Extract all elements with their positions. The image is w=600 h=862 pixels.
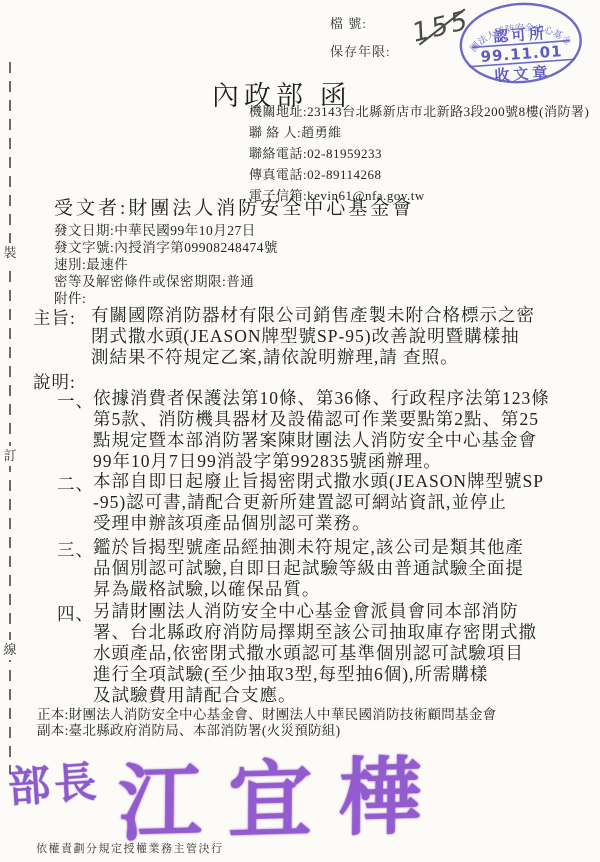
explanation-line: 另請財團法人消防安全中心基金會派員會同本部消防 (93, 601, 585, 622)
recipient-line: 受文者:財團法人消防安全中心基金會 (54, 193, 414, 220)
explanation-item-text: 鑑於旨揭型號產品經抽測未符規定,該公司是類其他產 品個別認可試驗,自即日起試驗等… (93, 537, 585, 600)
delegation-footnote: 依權責劃分規定授權業務主管決行 (36, 840, 224, 856)
explanation-item-text: 依據消費者保護法第10條、第36條、行政程序法第123條 第5款、消防機具器材及… (93, 388, 585, 472)
minister-title-stamp: 部長 (6, 749, 102, 815)
explanation-item-number: 二、 (57, 471, 94, 496)
margin-mark-staple: 訂 (2, 446, 18, 466)
agency-address-line: 機關地址:23143台北縣新店市北新路3段200號8樓(消防署) (249, 101, 589, 122)
explanation-line: 鑑於旨揭型號產品經抽測未符規定,該公司是類其他產 (93, 537, 585, 558)
scanned-official-letter: 裝 訂 線 檔 號: 保存年限: 155 財團法人消防安全中心基金會 認可所 9… (0, 0, 600, 862)
document-meta-block: 發文日期:中華民國99年10月27日 發文字號:內授消字第09908248474… (54, 222, 278, 307)
explanation-item-text: 本部自即日起廢止旨揭密閉式撒水頭(JEASON牌型號SP -95)認可書,請配合… (93, 471, 585, 534)
explanation-item-number: 三、 (57, 537, 94, 562)
speed-class-line: 速別:最速件 (54, 256, 278, 273)
explanation-line: 署、台北縣政府消防局擇期至該公司抽取庫存密閉式撒 (93, 622, 585, 643)
receipt-stamp-svg: 財團法人消防安全中心基金會 認可所 99.11.01 收文章 (452, 0, 590, 93)
margin-mark-binding: 裝 (2, 243, 18, 263)
explanation-item-number: 一、 (57, 388, 94, 413)
agency-fax-line: 傳真電話:02-89114268 (249, 164, 589, 185)
stamp-chop-text: 收文章 (494, 63, 552, 85)
explanation-line: 昇為嚴格試驗,以確保品質。 (93, 579, 585, 600)
subject-line: 測結果不符規定乙案,請依說明辦理,請 查照。 (91, 347, 583, 368)
issue-number-line: 發文字號:內授消字第09908248474號 (54, 239, 278, 256)
agency-phone-line: 聯絡電話:02-81959233 (249, 143, 589, 164)
explanation-line: -95)認可書,請配合更新所建置認可網站資訊,並停止 (93, 492, 585, 513)
explanation-line: 水頭產品,依密閉式撒水頭認可基準個別認可試驗項目 (93, 643, 585, 664)
explanation-line: 點規定暨本部消防署案陳財團法人消防安全中心基金會 (93, 430, 585, 451)
explanation-line: 99年10月7日99消設字第992835號函辦理。 (93, 451, 585, 472)
issue-date-line: 發文日期:中華民國99年10月27日 (54, 222, 278, 239)
explanation-line: 依據消費者保護法第10條、第36條、行政程序法第123條 (93, 388, 585, 409)
explanation-line: 第5款、消防機具器材及設備認可作業要點第2點、第25 (93, 409, 585, 430)
explanation-line: 本部自即日起廢止旨揭密閉式撒水頭(JEASON牌型號SP (93, 471, 585, 492)
subject-label: 主旨: (33, 305, 76, 330)
file-number-label: 檔 號: (330, 13, 367, 32)
binding-dashed-line (9, 62, 11, 774)
retention-label: 保存年限: (330, 41, 391, 60)
receipt-stamp: 財團法人消防安全中心基金會 認可所 99.11.01 收文章 (452, 0, 590, 97)
subject-line: 有關國際消防器材有限公司銷售產製未附合格標示之密 (91, 305, 583, 326)
agency-contact-person-line: 聯 絡 人:趙勇維 (249, 122, 589, 143)
subject-text: 有關國際消防器材有限公司銷售產製未附合格標示之密 閉式撒水頭(JEASON牌型號… (91, 305, 583, 368)
subject-line: 閉式撒水頭(JEASON牌型號SP-95)改善說明暨購樣抽 (91, 326, 583, 347)
explanation-line: 品個別認可試驗,自即日起試驗等級由普通試驗全面提 (93, 558, 585, 579)
minister-signature: 江宜樺 (118, 729, 449, 859)
margin-mark-thread: 線 (2, 640, 18, 660)
explanation-line: 及試驗費用請配合支應。 (93, 685, 585, 706)
explanation-item-number: 四、 (57, 601, 94, 626)
original-copy-line: 正本:財團法人消防安全中心基金會、財團法人中華民國消防技術顧問基金會 (37, 707, 496, 723)
security-class-line: 密等及解密條件或保密期限:普通 (54, 273, 278, 290)
explanation-line: 進行全項試驗(至少抽取3型,每型抽6個),所需購樣 (93, 664, 585, 685)
explanation-line: 受理申辦該項產品個別認可業務。 (93, 513, 585, 534)
explanation-item-text: 另請財團法人消防安全中心基金會派員會同本部消防 署、台北縣政府消防局擇期至該公司… (93, 601, 585, 706)
agency-contact-block: 機關地址:23143台北縣新店市北新路3段200號8樓(消防署) 聯 絡 人:趙… (249, 101, 589, 206)
